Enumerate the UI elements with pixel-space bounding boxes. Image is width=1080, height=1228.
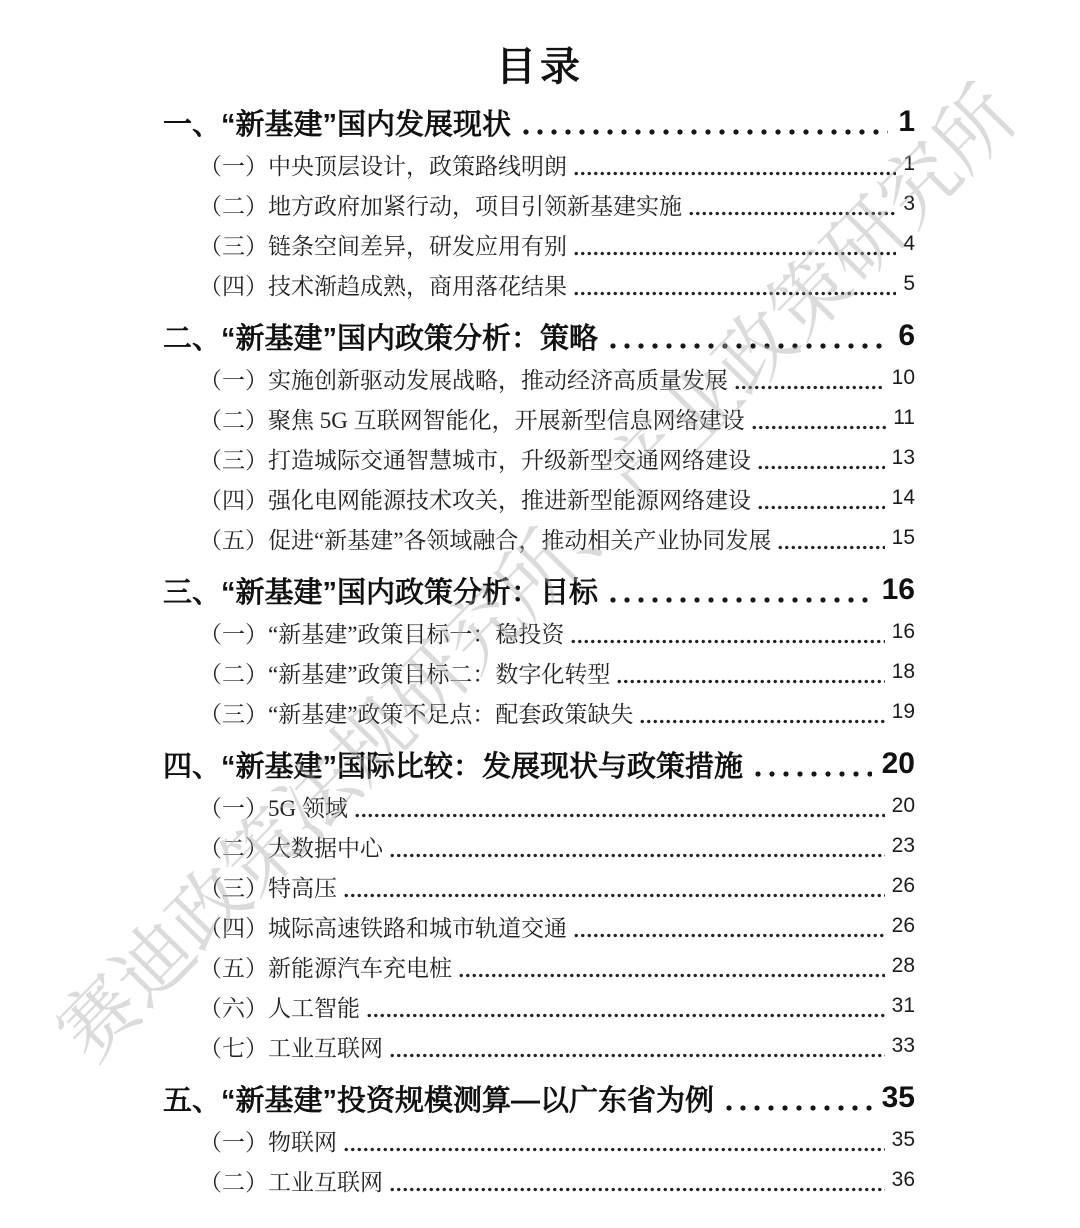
dot-leader [757,465,885,470]
dot-leader [343,1147,885,1152]
toc-chapter-1: 一、“新基建”国内发展现状1 [163,100,915,144]
dot-leader [573,291,896,296]
toc-item-3-2: （二）“新基建”政策目标二：数字化转型18 [163,652,915,692]
toc-item-3-1: （一）“新基建”政策目标一：稳投资16 [163,612,915,652]
toc-page-number: 4 [903,232,915,256]
toc-entry-label: （四）强化电网能源技术攻关，推进新型能源网络建设 [199,482,751,515]
dot-leader [366,1013,885,1018]
dot-leader [777,545,884,550]
toc-chapter-5: 五、“新基建”投资规模测算—以广东省为例35 [163,1076,915,1120]
dot-leader [573,251,896,256]
page-title: 目录 [0,0,1080,90]
dot-leader [573,171,896,176]
dot-leader [722,1105,872,1111]
toc-item-2-3: （三）打造城际交通智慧城市，升级新型交通网络建设13 [163,438,915,478]
dot-leader [606,343,888,349]
toc-chapter-3: 三、“新基建”国内政策分析：目标16 [163,568,915,612]
toc-entry-label: （三）特高压 [199,870,337,903]
toc-entry-label: （五）促进“新基建”各领域融合，推动相关产业协同发展 [199,522,771,555]
dot-leader [354,813,885,818]
dot-leader [751,771,872,777]
toc-entry-label: （二）大数据中心 [199,830,383,863]
toc-page-number: 23 [892,834,915,858]
toc-page-number: 16 [892,620,915,644]
dot-leader [389,1053,885,1058]
toc-entry-label: （三）“新基建”政策不足点：配套政策缺失 [199,696,633,729]
toc-entry-label: （二）“新基建”政策目标二：数字化转型 [199,656,610,689]
dot-leader [616,679,884,684]
toc-item-4-2: （二）大数据中心23 [163,826,915,866]
toc-entry-label: （二）地方政府加紧行动，项目引领新基建实施 [199,188,682,221]
toc-item-2-4: （四）强化电网能源技术攻关，推进新型能源网络建设14 [163,478,915,518]
toc-page-number: 35 [892,1128,915,1152]
dot-leader [639,719,884,724]
toc-page-number: 31 [892,994,915,1018]
toc-entry-label: 二、“新基建”国内政策分析：策略 [163,316,598,357]
toc-entry-label: 四、“新基建”国际比较：发展现状与政策措施 [163,744,743,785]
toc-chapter-4: 四、“新基建”国际比较：发展现状与政策措施20 [163,742,915,786]
toc-page-number: 33 [892,1034,915,1058]
toc-item-4-6: （六）人工智能31 [163,986,915,1026]
toc-page-number: 18 [892,660,915,684]
toc-entry-label: （四）城际高速铁路和城市轨道交通 [199,910,567,943]
toc-page-number: 36 [892,1168,915,1192]
toc-entry-label: （一）“新基建”政策目标一：稳投资 [199,616,564,649]
toc-page-number: 5 [903,272,915,296]
toc-entry-label: 三、“新基建”国内政策分析：目标 [163,570,598,611]
dot-leader [606,597,872,603]
toc-entry-label: （二）聚焦 5G 互联网智能化，开展新型信息网络建设 [199,402,745,435]
toc-entry-label: （三）打造城际交通智慧城市，升级新型交通网络建设 [199,442,751,475]
toc-page-number: 3 [903,192,915,216]
toc-item-4-4: （四）城际高速铁路和城市轨道交通26 [163,906,915,946]
toc-list: 一、“新基建”国内发展现状1（一）中央顶层设计，政策路线明朗1（二）地方政府加紧… [163,100,915,1200]
toc-item-5-1: （一）物联网35 [163,1120,915,1160]
toc-page-number: 19 [892,700,915,724]
dot-leader [573,933,885,938]
toc-page-number: 11 [893,406,915,430]
toc-entry-label: （五）新能源汽车充电桩 [199,950,452,983]
dot-leader [751,425,887,430]
dot-leader [570,639,884,644]
toc-entry-label: （一）5G 领域 [199,790,348,823]
toc-chapter-2: 二、“新基建”国内政策分析：策略6 [163,314,915,358]
toc-item-2-2: （二）聚焦 5G 互联网智能化，开展新型信息网络建设11 [163,398,915,438]
toc-page-number: 1 [903,152,915,176]
dot-leader [734,385,885,390]
toc-item-2-1: （一）实施创新驱动发展战略，推动经济高质量发展10 [163,358,915,398]
toc-item-1-2: （二）地方政府加紧行动，项目引领新基建实施3 [163,184,915,224]
dot-leader [688,211,896,216]
toc-entry-label: 一、“新基建”国内发展现状 [163,102,511,143]
toc-item-5-2: （二）工业互联网36 [163,1160,915,1200]
toc-page-number: 6 [898,319,915,353]
toc-entry-label: （二）工业互联网 [199,1164,383,1197]
toc-entry-label: （一）实施创新驱动发展战略，推动经济高质量发展 [199,362,728,395]
toc-page-number: 13 [892,446,915,470]
toc-entry-label: 五、“新基建”投资规模测算—以广东省为例 [163,1078,714,1119]
toc-item-1-4: （四）技术渐趋成熟，商用落花结果5 [163,264,915,304]
toc-entry-label: （三）链条空间差异，研发应用有别 [199,228,567,261]
toc-item-4-1: （一）5G 领域20 [163,786,915,826]
toc-entry-label: （一）中央顶层设计，政策路线明朗 [199,148,567,181]
toc-page-number: 26 [892,914,915,938]
dot-leader [458,973,885,978]
toc-item-3-3: （三）“新基建”政策不足点：配套政策缺失19 [163,692,915,732]
toc-entry-label: （六）人工智能 [199,990,360,1023]
toc-page-number: 20 [892,794,915,818]
toc-page-number: 20 [882,747,915,781]
toc-page-number: 35 [882,1081,915,1115]
dot-leader [389,1187,885,1192]
toc-item-4-5: （五）新能源汽车充电桩28 [163,946,915,986]
toc-page-number: 28 [892,954,915,978]
dot-leader [343,893,885,898]
dot-leader [519,129,888,135]
toc-entry-label: （七）工业互联网 [199,1030,383,1063]
document-page: 赛迪政策法规研究所、产业政策研究所 目录 一、“新基建”国内发展现状1（一）中央… [0,0,1080,1228]
toc-page-number: 16 [882,573,915,607]
toc-page-number: 15 [892,526,915,550]
dot-leader [757,505,885,510]
toc-item-1-3: （三）链条空间差异，研发应用有别4 [163,224,915,264]
toc-item-4-7: （七）工业互联网33 [163,1026,915,1066]
dot-leader [389,853,885,858]
toc-page-number: 26 [892,874,915,898]
toc-item-1-1: （一）中央顶层设计，政策路线明朗1 [163,144,915,184]
toc-item-2-5: （五）促进“新基建”各领域融合，推动相关产业协同发展15 [163,518,915,558]
toc-entry-label: （一）物联网 [199,1124,337,1157]
toc-page-number: 10 [892,366,915,390]
toc-page-number: 14 [892,486,915,510]
toc-item-4-3: （三）特高压26 [163,866,915,906]
toc-entry-label: （四）技术渐趋成熟，商用落花结果 [199,268,567,301]
toc-page-number: 1 [898,105,915,139]
